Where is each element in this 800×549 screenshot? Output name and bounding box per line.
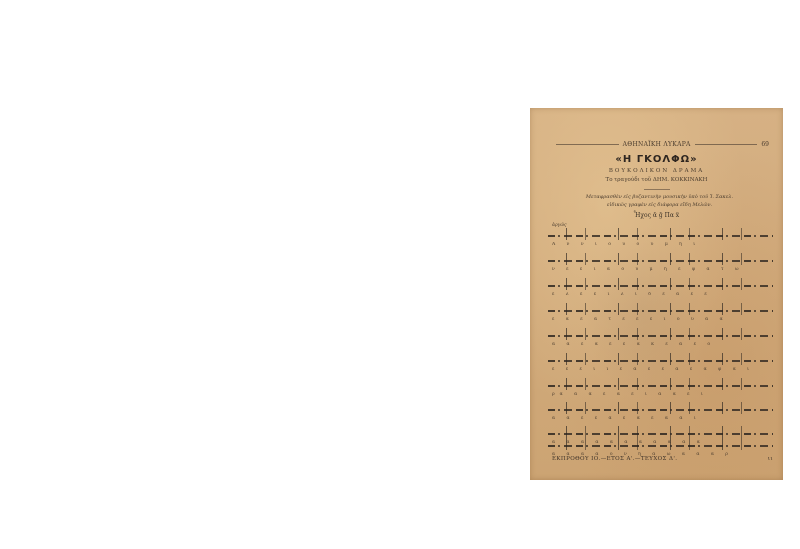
- music-line: ε α ε α τ ε ε ε ι ο υ α α: [548, 303, 773, 327]
- neumes: [548, 330, 773, 342]
- piece-title: «Η ΓΚΟΛΦΩ»: [530, 154, 783, 165]
- lyrics: ρα α α ε α ε ι α α ε ι: [552, 392, 773, 397]
- mode-signature: Ἦχος ᾱ ḡ Πα ẍ: [530, 212, 783, 219]
- neumes: [548, 305, 773, 317]
- music-line: ν ε ε ι α ο υ μ η ε φ α τ ω: [548, 253, 773, 277]
- lyrics: α α ε ε α ε α ε α α ι: [552, 416, 773, 421]
- lyrics: α α ε α ε ε α κ ε α ε ο: [552, 342, 773, 347]
- neumes: [548, 380, 773, 392]
- lyrics: ε λ ε ε ι λ ι δ ε α ε ε: [552, 292, 773, 297]
- intro-line: Μεταφρασθὲν εἰς βυζαντινὴν μουσικὴν ὑπὸ …: [556, 193, 763, 201]
- music-line: ρα α α ε α ε ι α α ε ι: [548, 378, 773, 402]
- footer-signature: ιι: [768, 456, 773, 462]
- music-line: α α ε ε α ε α ε α α ι: [548, 402, 773, 426]
- piece-credit: Το τραγούδι τοῦ ΔΗΜ. ΚΟΚΚΙΝΑΚΗ: [530, 177, 783, 183]
- divider: [644, 189, 670, 190]
- running-head: ΑΘΗΝΑΪΚΗ ΛΥΚΑΡΑ 69: [552, 138, 769, 150]
- piece-subtitle: ΒΟΥΚΟΛΙΚΟΝ ΔΡΑΜΑ: [530, 168, 783, 174]
- neumes: [548, 230, 773, 242]
- header-rule-left: [556, 144, 619, 145]
- footer-issue-info: ΕΚΠΡΟΘΟΥ ΙΟ.—ΕΤΟΣ Α'.—ΤΕΥΧΟΣ Δ'.: [552, 456, 677, 462]
- music-line: α α ε α ε ε α κ ε α ε ο: [548, 328, 773, 352]
- neumes: [548, 280, 773, 292]
- header-rule-right: [695, 144, 758, 145]
- music-line: Ἀ ν ν ι ο υ ο υ μ η ι: [548, 228, 773, 252]
- music-line: ε ε ε ι ι ε α ε ε α ε α φ α ι: [548, 353, 773, 377]
- neumes: [548, 255, 773, 267]
- lyrics: ν ε ε ι α ο υ μ η ε φ α τ ω: [552, 267, 773, 272]
- lyrics: ε ε ε ι ι ε α ε ε α ε α φ α ι: [552, 367, 773, 372]
- scanned-page: ΑΘΗΝΑΪΚΗ ΛΥΚΑΡΑ 69 «Η ΓΚΟΛΦΩ» ΒΟΥΚΟΛΙΚΟΝ…: [530, 108, 783, 480]
- lyrics: Ἀ ν ν ι ο υ ο υ μ η ι: [552, 242, 773, 247]
- neumes: [548, 440, 773, 452]
- intro-text: Μεταφρασθὲν εἰς βυζαντινὴν μουσικὴν ὑπὸ …: [556, 193, 763, 209]
- lyrics: ε α ε α τ ε ε ε ι ο υ α α: [552, 317, 773, 322]
- page-footer: ΕΚΠΡΟΘΟΥ ΙΟ.—ΕΤΟΣ Α'.—ΤΕΥΧΟΣ Δ'. ιι: [552, 456, 773, 462]
- intro-line: εἰδικῶς γραφὲν εἰς διάφορα εἴδη Μελῶν.: [556, 201, 763, 209]
- music-line: ε λ ε ε ι λ ι δ ε α ε ε: [548, 278, 773, 302]
- page-number: 69: [761, 141, 769, 148]
- neumes: [548, 404, 773, 416]
- neumes: [548, 355, 773, 367]
- running-title: ΑΘΗΝΑΪΚΗ ΛΥΚΑΡΑ: [623, 141, 691, 148]
